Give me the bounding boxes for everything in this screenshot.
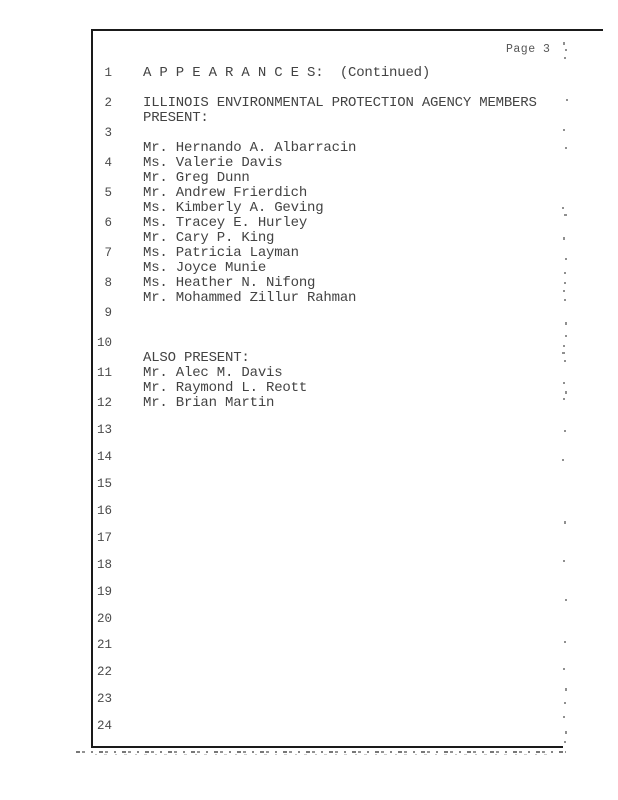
line-text	[112, 639, 561, 652]
line-text	[112, 626, 561, 639]
line-text	[112, 545, 561, 558]
line-text	[112, 465, 561, 478]
transcript-body: 1 A P P E A R A N C E S: (Continued) 2 I…	[93, 66, 561, 734]
line-number	[93, 519, 112, 532]
line-number	[93, 351, 112, 366]
transcript-line: 8 Ms. Heather N. Nifong	[93, 276, 561, 291]
scan-artifact-dot	[565, 147, 567, 149]
line-number: 3	[93, 126, 112, 141]
line-text: Ms. Kimberly A. Geving	[112, 201, 561, 216]
line-text	[112, 411, 561, 424]
line-text: Ms. Patricia Layman	[112, 246, 561, 261]
line-number	[93, 599, 112, 612]
transcript-line: 19	[93, 586, 561, 599]
scan-artifact-dot	[565, 391, 567, 394]
scan-artifact-dot	[564, 641, 566, 643]
transcript-line	[93, 519, 561, 532]
transcript-line: 17	[93, 532, 561, 545]
line-text	[112, 336, 561, 351]
scan-artifact-dot	[563, 129, 565, 131]
transcript-line	[93, 572, 561, 585]
scan-artifact-dot	[564, 430, 566, 432]
line-text	[112, 519, 561, 532]
transcript-line	[93, 653, 561, 666]
scan-artifact-dot	[564, 299, 566, 301]
line-number: 15	[93, 478, 112, 491]
line-text	[112, 424, 561, 437]
line-text: Mr. Cary P. King	[112, 231, 561, 246]
scan-artifact-dot	[565, 322, 567, 325]
line-text: Mr. Hernando A. Albarracin	[112, 141, 561, 156]
scan-artifact-dot	[565, 731, 567, 734]
scan-artifact-dot	[566, 99, 568, 101]
line-number: 23	[93, 693, 112, 706]
transcript-line	[93, 465, 561, 478]
scan-artifact-dot	[562, 352, 565, 354]
line-text: Ms. Heather N. Nifong	[112, 276, 561, 291]
line-number: 9	[93, 306, 112, 321]
scan-artifact-dot	[564, 282, 566, 284]
scan-artifact-dot	[565, 258, 567, 260]
transcript-line	[93, 599, 561, 612]
scan-artifact-dot	[564, 360, 566, 362]
transcript-line	[93, 411, 561, 424]
line-number	[93, 653, 112, 666]
line-text	[112, 532, 561, 545]
line-text	[112, 451, 561, 464]
transcript-line: PRESENT:	[93, 111, 561, 126]
line-text	[112, 306, 561, 321]
line-text	[112, 599, 561, 612]
transcript-line: 5 Mr. Andrew Frierdich	[93, 186, 561, 201]
transcript-line: 14	[93, 451, 561, 464]
transcript-line: 6 Ms. Tracey E. Hurley	[93, 216, 561, 231]
line-text	[112, 478, 561, 491]
line-number	[93, 465, 112, 478]
scan-artifact-dot	[563, 290, 565, 292]
transcript-line: 13	[93, 424, 561, 437]
line-text	[112, 613, 561, 626]
transcript-line	[93, 545, 561, 558]
line-number	[93, 171, 112, 186]
line-number: 11	[93, 366, 112, 381]
line-number	[93, 291, 112, 306]
line-number: 4	[93, 156, 112, 171]
line-number: 2	[93, 96, 112, 111]
transcript-line: 7 Ms. Patricia Layman	[93, 246, 561, 261]
line-text: Mr. Brian Martin	[112, 396, 561, 411]
line-number	[93, 111, 112, 126]
transcript-line: Mr. Mohammed Zillur Rahman	[93, 291, 561, 306]
scan-artifact-dot	[565, 49, 567, 51]
transcript-line	[93, 680, 561, 693]
transcript-line: 1 A P P E A R A N C E S: (Continued)	[93, 66, 561, 81]
transcript-line: 22	[93, 666, 561, 679]
line-number	[93, 231, 112, 246]
line-number	[93, 321, 112, 336]
line-number	[93, 707, 112, 720]
transcript-line: 24	[93, 720, 561, 733]
transcript-line	[93, 707, 561, 720]
scan-artifact-dot	[563, 237, 565, 240]
line-number: 6	[93, 216, 112, 231]
line-number: 10	[93, 336, 112, 351]
line-number: 1	[93, 66, 112, 81]
scan-artifact-dot	[563, 345, 565, 347]
line-text	[112, 126, 561, 141]
transcript-line: 11 Mr. Alec M. Davis	[93, 366, 561, 381]
transcript-line: Mr. Hernando A. Albarracin	[93, 141, 561, 156]
line-text	[112, 707, 561, 720]
scan-artifact-dot	[564, 702, 566, 704]
line-text	[112, 505, 561, 518]
line-text: A P P E A R A N C E S: (Continued)	[112, 66, 561, 81]
scan-artifact-dot	[564, 272, 566, 274]
scan-artifact-dot	[562, 207, 564, 209]
scan-artifact-dot	[565, 335, 567, 337]
line-number: 8	[93, 276, 112, 291]
line-text	[112, 438, 561, 451]
line-number	[93, 201, 112, 216]
line-text	[112, 586, 561, 599]
scan-noise-line	[95, 754, 550, 755]
scan-noise-line	[76, 751, 566, 753]
line-text	[112, 559, 561, 572]
page-border-bottom	[91, 746, 563, 748]
scan-artifact-dot	[565, 688, 567, 691]
line-text: ALSO PRESENT:	[112, 351, 561, 366]
scan-artifact-dot	[563, 398, 565, 400]
transcript-line	[93, 321, 561, 336]
transcript-line: 2 ILLINOIS ENVIRONMENTAL PROTECTION AGEN…	[93, 96, 561, 111]
line-text: Ms. Joyce Munie	[112, 261, 561, 276]
transcript-line: 10	[93, 336, 561, 351]
line-number: 24	[93, 720, 112, 733]
line-text: ILLINOIS ENVIRONMENTAL PROTECTION AGENCY…	[112, 96, 561, 111]
line-text: Mr. Greg Dunn	[112, 171, 561, 186]
line-number	[93, 261, 112, 276]
line-text: Mr. Alec M. Davis	[112, 366, 561, 381]
transcript-line: 12 Mr. Brian Martin	[93, 396, 561, 411]
transcript-line: Mr. Raymond L. Reott	[93, 381, 561, 396]
transcript-line	[93, 492, 561, 505]
line-number	[93, 411, 112, 424]
line-number	[93, 81, 112, 96]
line-text: PRESENT:	[112, 111, 561, 126]
scan-artifact-dot	[563, 716, 565, 718]
line-text	[112, 720, 561, 733]
scan-artifact-dot	[563, 42, 565, 45]
line-number	[93, 626, 112, 639]
transcript-line: 20	[93, 613, 561, 626]
transcript-line: 3	[93, 126, 561, 141]
line-text: Mr. Mohammed Zillur Rahman	[112, 291, 561, 306]
line-number	[93, 572, 112, 585]
line-number: 17	[93, 532, 112, 545]
transcript-line	[93, 438, 561, 451]
line-text: Mr. Andrew Frierdich	[112, 186, 561, 201]
line-number: 5	[93, 186, 112, 201]
line-text	[112, 492, 561, 505]
line-number: 13	[93, 424, 112, 437]
page-number: Page 3	[506, 43, 550, 56]
transcript-line: 4 Ms. Valerie Davis	[93, 156, 561, 171]
line-number: 19	[93, 586, 112, 599]
scan-artifact-dot	[562, 459, 564, 461]
line-text	[112, 680, 561, 693]
line-number: 14	[93, 451, 112, 464]
line-number: 12	[93, 396, 112, 411]
scan-artifact-dot	[563, 382, 565, 384]
line-number: 16	[93, 505, 112, 518]
transcript-line	[93, 626, 561, 639]
scan-artifact-dot	[564, 57, 566, 59]
line-text	[112, 693, 561, 706]
scan-artifact-dot	[564, 741, 566, 743]
transcript-line: Ms. Kimberly A. Geving	[93, 201, 561, 216]
scan-artifact-dot	[564, 521, 566, 524]
line-text	[112, 81, 561, 96]
line-text: Ms. Valerie Davis	[112, 156, 561, 171]
scan-artifact-dot	[563, 560, 565, 562]
line-number	[93, 680, 112, 693]
scanned-transcript-page: Page 3 1 A P P E A R A N C E S: (Continu…	[0, 0, 618, 800]
transcript-line: 15	[93, 478, 561, 491]
transcript-line: 9	[93, 306, 561, 321]
line-number	[93, 492, 112, 505]
transcript-line	[93, 81, 561, 96]
line-number: 18	[93, 559, 112, 572]
line-text: Ms. Tracey E. Hurley	[112, 216, 561, 231]
line-number: 21	[93, 639, 112, 652]
transcript-line: 23	[93, 693, 561, 706]
transcript-line: 18	[93, 559, 561, 572]
transcript-line: ALSO PRESENT:	[93, 351, 561, 366]
scan-artifact-dot	[563, 668, 565, 670]
line-number: 7	[93, 246, 112, 261]
page-border-top	[91, 29, 603, 31]
scan-artifact-dot	[564, 214, 567, 216]
line-number	[93, 438, 112, 451]
transcript-line: 16	[93, 505, 561, 518]
line-number: 22	[93, 666, 112, 679]
transcript-line: Mr. Cary P. King	[93, 231, 561, 246]
scan-artifact-dot	[565, 599, 567, 601]
line-number	[93, 381, 112, 396]
line-number	[93, 545, 112, 558]
line-text: Mr. Raymond L. Reott	[112, 381, 561, 396]
line-number: 20	[93, 613, 112, 626]
transcript-line: Ms. Joyce Munie	[93, 261, 561, 276]
line-text	[112, 666, 561, 679]
line-text	[112, 653, 561, 666]
line-text	[112, 572, 561, 585]
transcript-line: Mr. Greg Dunn	[93, 171, 561, 186]
line-number	[93, 141, 112, 156]
transcript-line: 21	[93, 639, 561, 652]
line-text	[112, 321, 561, 336]
